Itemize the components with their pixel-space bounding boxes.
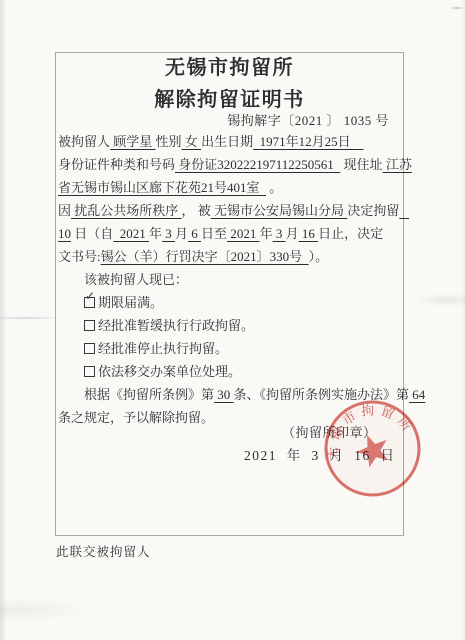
body-lines: 被拘留人 顾学星 性别 女 出生日期 1971年12月25日 身份证件种类和号码… — [58, 130, 403, 429]
checkbox-checked-icon — [84, 297, 95, 308]
form-label-text: 文书号: — [58, 249, 101, 264]
form-label-text: 日（自 — [71, 226, 113, 241]
form-label-text: 年 — [149, 226, 162, 241]
filled-in-value: 3 — [273, 226, 286, 241]
form-label-text: 因 — [58, 203, 71, 218]
filled-in-value: 顾学星 — [110, 134, 156, 149]
form-label-text: 条之规定，予以解除拘留。 — [58, 410, 214, 425]
filled-in-value: 3 — [162, 226, 175, 241]
filled-in-value: 2021 — [227, 226, 260, 241]
checkbox-empty-icon — [84, 366, 95, 377]
checkbox-empty-icon — [84, 320, 95, 331]
filled-in-value: 16 — [299, 226, 319, 241]
document-number: 锡拘解字〔2021 〕 1035 号 — [227, 110, 389, 129]
page-title: 无锡市拘留所 — [56, 55, 403, 81]
filled-in-value: 锡公（羊）行罚决字〔2021〕330号 — [101, 249, 309, 264]
body-line: 经批准停止执行拘留。 — [58, 337, 403, 360]
body-line: 身份证件种类和号码 身份证320222197112250561 现住址 江苏 — [58, 153, 403, 176]
filled-in-value: 身份证320222197112250561 — [175, 157, 340, 172]
form-label-text: 期限届满。 — [98, 295, 163, 310]
filled-in-value: 省无锡市锡山区廊下花苑21号401室 — [58, 180, 266, 195]
filled-in-value: 1971年12月25日 — [253, 134, 364, 149]
form-label-text: 依法移交办案单位处理。 — [98, 364, 241, 379]
form-label-text: 月 — [175, 226, 188, 241]
filled-in-value: 无锡市公安局锡山分局 — [211, 203, 348, 218]
body-line: 因 扰乱公共场所秩序 ， 被 无锡市公安局锡山分局 决定拘留 — [58, 199, 403, 222]
body-line: 被拘留人 顾学星 性别 女 出生日期 1971年12月25日 — [58, 130, 403, 153]
form-label-text: 现住址 — [340, 157, 382, 172]
form-label-text: 身份证件种类和号码 — [58, 157, 175, 172]
body-line: 该被拘留人现已： — [58, 268, 403, 291]
form-label-text: 日止，决定 — [318, 226, 383, 241]
filled-in-value: 女 — [182, 134, 202, 149]
form-label-text: 被拘留人 — [58, 134, 110, 149]
filled-in-value: 10 — [58, 226, 71, 241]
form-label-text: 。 — [266, 180, 282, 195]
filled-in-value: 江苏 — [383, 157, 412, 172]
form-label-text: 该被拘留人现已： — [84, 272, 188, 287]
body-line: 10 日（自 2021 年 3 月 6 日至 2021 年 3 月 16 日止，… — [58, 222, 403, 245]
form-label-text: 经批准暂缓执行行政拘留。 — [98, 318, 254, 333]
body-line: 依法移交办案单位处理。 — [58, 360, 403, 383]
form-label-text: 月 — [286, 226, 299, 241]
form-label-text: 日至 — [201, 226, 227, 241]
seal-group: 无锡市拘留所 — [320, 396, 425, 501]
checkbox-empty-icon — [84, 343, 95, 354]
filled-in-value: 6 — [188, 226, 201, 241]
official-red-seal-stamp-icon: 无锡市拘留所 — [320, 396, 425, 501]
form-label-text: ）。 — [309, 249, 329, 264]
form-label-text: 年 — [260, 226, 273, 241]
body-line: 经批准暂缓执行行政拘留。 — [58, 314, 403, 337]
form-label-text: 性别 — [156, 134, 182, 149]
filled-in-value: 扰乱公共场所秩序 — [71, 203, 182, 218]
form-label-text: 根据《拘留所条例》第 — [84, 387, 214, 402]
body-line: 文书号:锡公（羊）行罚决字〔2021〕330号 ）。 — [58, 245, 403, 268]
form-label-text: 经批准停止执行拘留。 — [98, 341, 228, 356]
copy-recipient-note: 此联交被拘留人 — [56, 542, 151, 560]
filled-in-value — [399, 203, 409, 218]
form-label-text: ， 被 — [182, 203, 211, 218]
form-label-text: 决定拘留 — [347, 203, 399, 218]
filled-in-value: 2021 — [113, 226, 149, 241]
scanned-certificate-page: 无锡市拘留所 解除拘留证明书 锡拘解字〔2021 〕 1035 号 被拘留人 顾… — [0, 0, 465, 640]
form-label-text: 出生日期 — [201, 134, 253, 149]
body-line: 期限届满。 — [58, 291, 403, 314]
body-line: 省无锡市锡山区廊下花苑21号401室 。 — [58, 176, 403, 199]
filled-in-value: 30 — [214, 387, 234, 402]
